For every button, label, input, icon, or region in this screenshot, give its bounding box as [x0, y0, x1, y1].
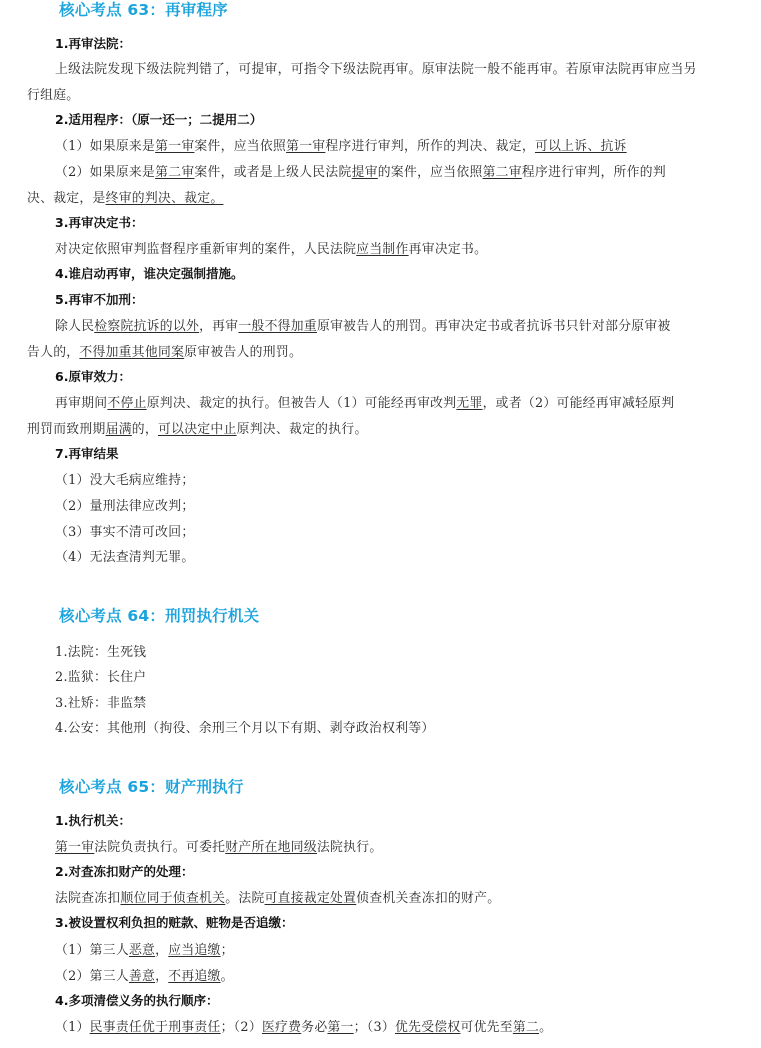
paragraph-no-aggravation-line2: 告人的，不得加重其他同案原审被告人的刑罚。 [27, 341, 302, 360]
text: ，或者（2）可能经再审减轻原判 [483, 396, 675, 411]
underlined-text: 检察院抗诉的以外 [94, 319, 199, 334]
text: 法院查冻扣 [55, 891, 120, 906]
text: ；（2） [221, 1020, 262, 1035]
text: 法院执行。 [317, 840, 382, 855]
underlined-text: 第一审 [55, 840, 94, 855]
underlined-text: 应当制作 [356, 242, 408, 257]
list-item-result-2: （2）量刑法律应改判； [55, 495, 194, 514]
text: 。法院 [225, 891, 264, 906]
paragraph-repayment-order: （1）民事责任优于刑事责任；（2）医疗费务必第一；（3）优先受偿权可优先至第二。 [55, 1016, 552, 1035]
text: 原判决、裁定的执行。但被告人（1）可能经再审改判 [147, 396, 457, 411]
underlined-text: 第二 [513, 1020, 539, 1035]
text: 对决定依照审判监督程序重新审判的案件，人民法院 [55, 242, 356, 257]
paragraph-retrial-court-line1: 上级法院发现下级法院判错了，可提审，可指令下级法院再审。原审法院一般不能再审。若… [55, 58, 697, 77]
underlined-text: 医疗费 [262, 1020, 301, 1035]
subheading-no-aggravation: 5.再审不加刑： [55, 290, 143, 308]
subheading-repayment-order: 4.多项清偿义务的执行顺序： [55, 991, 218, 1009]
text: （1） [55, 1020, 90, 1035]
section-heading-64: 核心考点 64：刑罚执行机关 [59, 604, 259, 626]
text: 法院负责执行。可委托 [94, 840, 225, 855]
underlined-text: 第二审 [155, 165, 194, 180]
underlined-text: 善意 [129, 969, 155, 984]
paragraph-no-aggravation-line1: 除人民检察院抗诉的以外，再审一般不得加重原审被告人的刑罚。再审决定书或者抗诉书只… [55, 315, 671, 334]
text: （2）如果原来是 [55, 165, 155, 180]
text: 侦查机关查冻扣的财产。 [356, 891, 500, 906]
text: 除人民 [55, 319, 94, 334]
underlined-text: 第一审 [155, 139, 194, 154]
underlined-text: 第二审 [483, 165, 522, 180]
text: 。 [221, 969, 234, 984]
underlined-text: 不再追缴 [168, 969, 220, 984]
text: ； [221, 943, 234, 958]
underlined-text: 可以决定中止 [158, 422, 237, 437]
text: ， [155, 969, 168, 984]
section-heading-63: 核心考点 63：再审程序 [59, 0, 228, 20]
underlined-text: 届满 [106, 422, 132, 437]
text: 。 [539, 1020, 552, 1035]
subheading-coercive-measures: 4.谁启动再审，谁决定强制措施。 [55, 264, 243, 282]
subheading-seized-property: 2.对查冻扣财产的处理： [55, 862, 193, 880]
text: 决、裁定，是 [27, 191, 106, 206]
text: 原判决、裁定的执行。 [237, 422, 368, 437]
paragraph-seized-property: 法院查冻扣顺位同于侦查机关。法院可直接裁定处置侦查机关查冻扣的财产。 [55, 887, 500, 906]
list-item-court: 1.法院：生死钱 [55, 641, 146, 660]
subheading-retrial-court: 1.再审法院： [55, 34, 131, 52]
text: 再审决定书。 [409, 242, 488, 257]
subheading-original-effect: 6.原审效力： [55, 367, 131, 385]
underlined-text: 不得加重其他同案 [79, 345, 184, 360]
section-heading-65: 核心考点 65：财产刑执行 [59, 775, 244, 797]
underlined-text: 可以上诉、抗诉 [535, 139, 627, 154]
paragraph-procedure-2-cont: 决、裁定，是终审的判决、裁定。 [27, 187, 223, 206]
subheading-retrial-decision: 3.再审决定书： [55, 213, 143, 231]
text: 可优先至 [460, 1020, 512, 1035]
text: 刑罚而致刑期 [27, 422, 106, 437]
subheading-applicable-procedure: 2.适用程序：（原一还一；二提用二） [55, 110, 262, 128]
paragraph-retrial-decision: 对决定依照审判监督程序重新审判的案件，人民法院应当制作再审决定书。 [55, 238, 487, 257]
list-item-result-3: （3）事实不清可改回； [55, 521, 194, 540]
text: 程序进行审判，所作的判 [522, 165, 666, 180]
underlined-text: 无罪 [456, 396, 482, 411]
paragraph-procedure-2: （2）如果原来是第二审案件，或者是上级人民法院提审的案件，应当依照第二审程序进行… [55, 161, 666, 180]
underlined-text: 民事责任优于刑事责任 [90, 1020, 221, 1035]
subheading-execution-organ: 1.执行机关： [55, 811, 131, 829]
text: （1）第三人 [55, 943, 129, 958]
underlined-text: 顺位同于侦查机关 [120, 891, 225, 906]
text: 原审被告人的刑罚。 [184, 345, 302, 360]
text: 案件，或者是上级人民法院 [194, 165, 351, 180]
underlined-text: 可直接裁定处置 [265, 891, 357, 906]
underlined-text: 恶意 [129, 943, 155, 958]
list-item-police: 4.公安：其他刑（拘役、余刑三个月以下有期、剥夺政治权利等） [55, 717, 435, 736]
paragraph-original-effect-line1: 再审期间不停止原判决、裁定的执行。但被告人（1）可能经再审改判无罪，或者（2）可… [55, 392, 674, 411]
text: 告人的， [27, 345, 79, 360]
underlined-text: 一般不得加重 [238, 319, 317, 334]
underlined-text: 提审 [352, 165, 378, 180]
text: （1）如果原来是 [55, 139, 155, 154]
text: ；（3） [354, 1020, 395, 1035]
text: 程序进行审判，所作的判决、裁定， [325, 139, 535, 154]
paragraph-procedure-1: （1）如果原来是第一审案件，应当依照第一审程序进行审判，所作的判决、裁定，可以上… [55, 135, 627, 154]
list-item-result-4: （4）无法查清判无罪。 [55, 546, 194, 565]
underlined-text: 不停止 [107, 396, 146, 411]
document-page: 核心考点 63：再审程序 1.再审法院： 上级法院发现下级法院判错了，可提审，可… [0, 0, 761, 1048]
subheading-retrial-result: 7.再审结果 [55, 444, 118, 462]
underlined-text: 财产所在地同级 [225, 840, 317, 855]
paragraph-original-effect-line2: 刑罚而致刑期届满的，可以决定中止原判决、裁定的执行。 [27, 418, 368, 437]
text: ， [155, 943, 168, 958]
text: 的案件，应当依照 [378, 165, 483, 180]
list-item-prison: 2.监狱：长住户 [55, 666, 146, 685]
underlined-text: 终审的判决、裁定。 [106, 191, 224, 206]
text: 原审被告人的刑罚。再审决定书或者抗诉书只针对部分原审被 [317, 319, 671, 334]
underlined-text: 应当追缴 [168, 943, 220, 958]
text: （2）第三人 [55, 969, 129, 984]
text: 的， [132, 422, 158, 437]
underlined-text: 第一 [327, 1020, 353, 1035]
paragraph-retrial-court-line2: 行组庭。 [27, 84, 79, 103]
paragraph-execution-organ: 第一审法院负责执行。可委托财产所在地同级法院执行。 [55, 836, 382, 855]
text: 案件，应当依照 [194, 139, 286, 154]
underlined-text: 优先受偿权 [395, 1020, 460, 1035]
paragraph-good-faith: （2）第三人善意，不再追缴。 [55, 965, 234, 984]
list-item-community-correction: 3.社矫：非监禁 [55, 692, 146, 711]
text: 务必 [301, 1020, 327, 1035]
paragraph-bad-faith: （1）第三人恶意，应当追缴； [55, 939, 234, 958]
text: 再审期间 [55, 396, 107, 411]
underlined-text: 第一审 [286, 139, 325, 154]
list-item-result-1: （1）没大毛病应维持； [55, 469, 194, 488]
subheading-encumbered-property: 3.被设置权利负担的赃款、赃物是否追缴： [55, 913, 293, 931]
text: ，再审 [199, 319, 238, 334]
